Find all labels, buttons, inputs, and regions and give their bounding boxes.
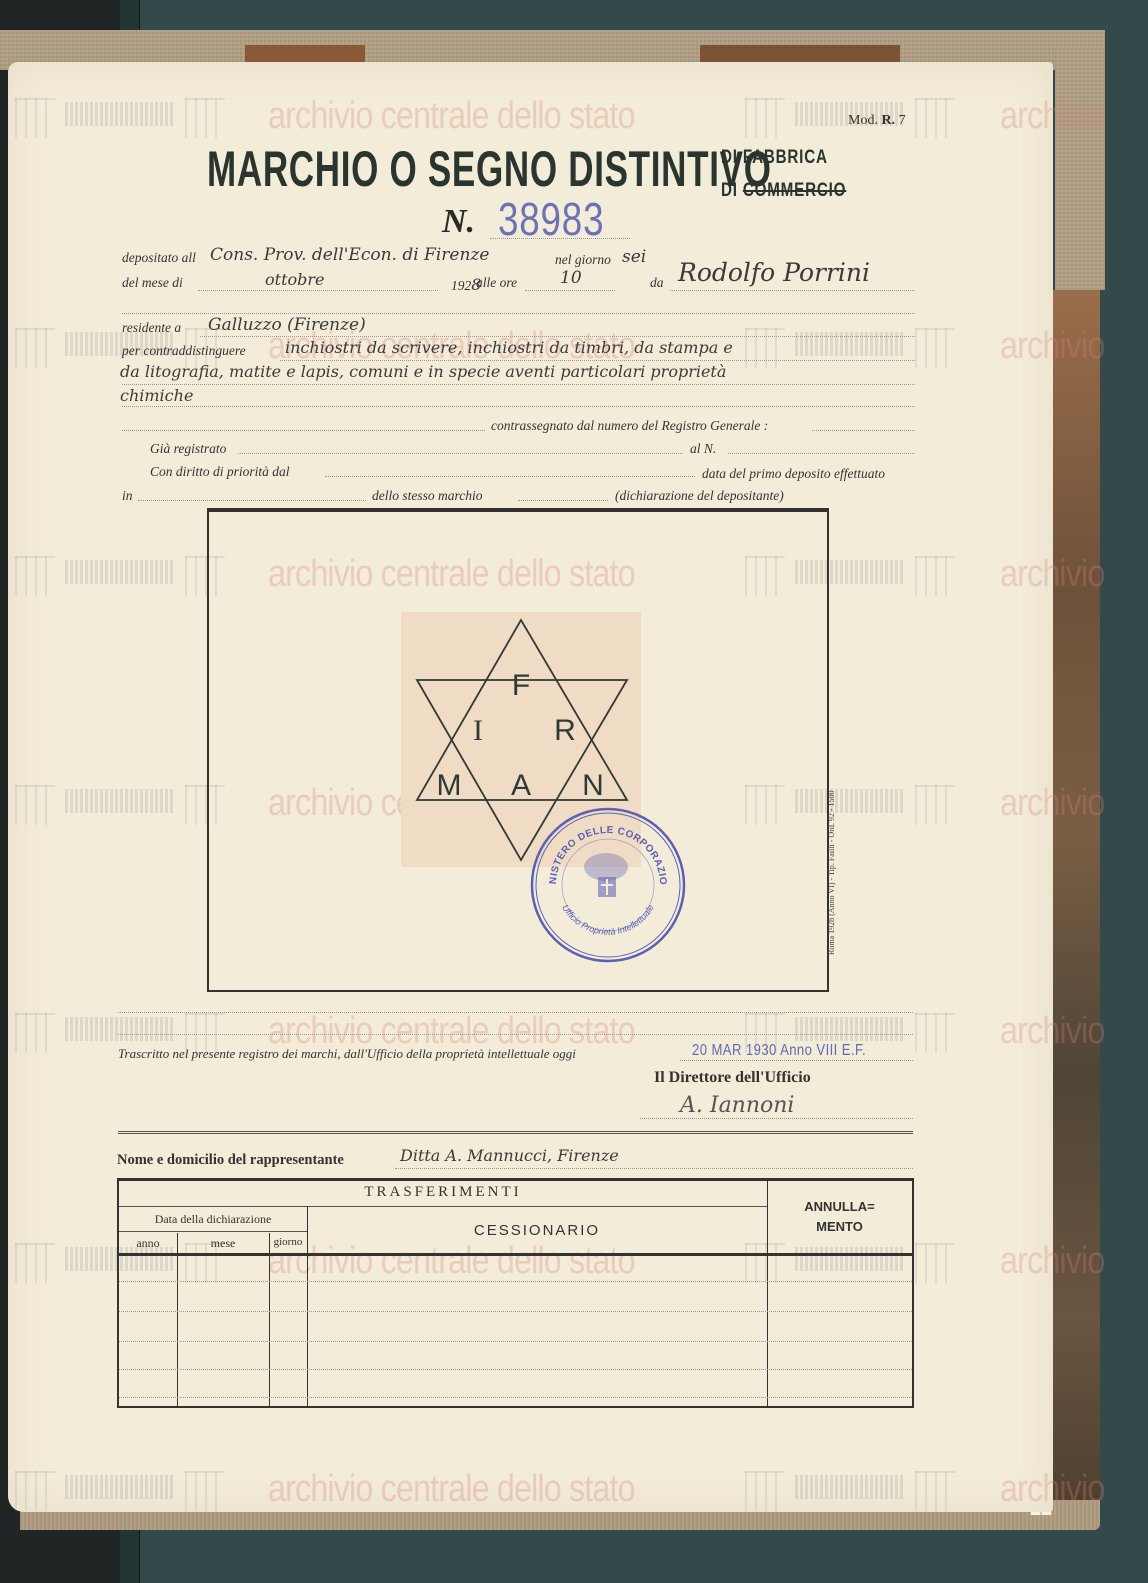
register-line-left	[122, 430, 485, 431]
transcription-label: Trascritto nel presente registro dei mar…	[118, 1046, 576, 1062]
column-header-giorno: giorno	[269, 1236, 307, 1248]
by-label: da	[650, 275, 664, 291]
month-value: ottobre	[265, 270, 324, 289]
watermark-short: archivio	[1000, 95, 1105, 138]
column-header-annullamento-2: MENTO	[767, 1219, 912, 1234]
hour-line	[525, 290, 615, 291]
priority-line	[325, 476, 695, 477]
same-mark-label: dello stesso marchio	[372, 488, 483, 504]
section-divider	[118, 1131, 913, 1134]
register-number-line	[812, 430, 915, 431]
director-signature: A. Iannoni	[680, 1093, 794, 1118]
day-value: sei	[622, 247, 646, 267]
representative-label: Nome e domicilio del rappresentante	[117, 1152, 344, 1169]
watermark-logo-icon	[745, 328, 955, 368]
watermark-short: archivio	[1000, 1468, 1105, 1511]
already-registered-no-line	[728, 453, 915, 454]
deposited-at-value: Cons. Prov. dell'Econ. di Firenze	[210, 245, 489, 265]
watermark-short: archivio	[1000, 553, 1105, 596]
priority-label: Con diritto di priorità dal	[150, 464, 290, 480]
first-deposit-label: data del primo deposito effettuato	[702, 466, 885, 482]
watermark-logo-icon	[15, 785, 225, 825]
day-label: nel giorno	[555, 252, 611, 268]
by-line	[670, 290, 915, 291]
document-subtitle-fabbrica: DI FABBRICA	[721, 147, 828, 169]
watermark-logo-icon	[745, 1471, 955, 1511]
director-label: Il Direttore dell'Ufficio	[654, 1069, 811, 1087]
document-subtitle-commercio: DI COMMERCIO	[721, 180, 846, 202]
month-line	[198, 290, 438, 291]
hour-value: 10	[560, 268, 582, 288]
watermark: archivio centrale dello stato	[268, 1468, 635, 1511]
purpose-line-2-rule	[122, 384, 915, 385]
purpose-label: per contraddistinguere	[122, 343, 246, 359]
register-label: contrassegnato dal numero del Registro G…	[491, 418, 768, 434]
same-mark-line	[518, 500, 608, 501]
trademark-letter: F	[512, 669, 530, 702]
transcription-date-line	[680, 1060, 913, 1061]
column-header-mese: mese	[177, 1236, 269, 1251]
residence-value: Galluzzo (Firenze)	[208, 315, 366, 335]
blank-line	[118, 1012, 913, 1013]
ministry-stamp-icon: MINISTERO DELLE CORPORAZIONI Ufficio Pro…	[528, 805, 688, 965]
purpose-line-2: da litografia, matite e lapis, comuni e …	[120, 362, 726, 381]
in-label: in	[122, 488, 133, 504]
number-label: N.	[442, 203, 475, 241]
month-label: del mese di	[122, 275, 183, 291]
residence-line	[200, 336, 915, 337]
transfers-title: TRASFERIMENTI	[119, 1184, 767, 1201]
declaration-label: (dichiarazione del depositante)	[615, 488, 784, 504]
in-line	[138, 500, 366, 501]
blank-line	[122, 313, 915, 314]
model-code: Mod. R. 7	[848, 113, 906, 129]
signature-line	[640, 1118, 913, 1119]
number-underline	[490, 238, 630, 239]
already-registered-no-label: al N.	[690, 441, 716, 457]
watermark-logo-icon	[15, 1471, 225, 1511]
purpose-line-3-rule	[122, 406, 915, 407]
watermark-short: archivio	[1000, 325, 1105, 368]
svg-text:Ufficio Proprietà Intellettual: Ufficio Proprietà Intellettuale	[560, 903, 656, 937]
transcription-date-stamp: 20 MAR 1930 Anno VIII E.F.	[692, 1042, 866, 1060]
transfers-table: TRASFERIMENTI Data della dichiarazione a…	[117, 1178, 914, 1408]
watermark-short: archivio	[1000, 782, 1105, 825]
representative-line	[395, 1168, 913, 1169]
trademark-letter: R	[554, 714, 576, 747]
watermark-short: archivio	[1000, 1240, 1105, 1283]
column-header-anno: anno	[119, 1236, 177, 1251]
trademark-letter: N	[582, 769, 604, 802]
binding-cloth-right	[1055, 50, 1105, 290]
purpose-line-1-rule	[280, 360, 915, 361]
trademark-letter: I	[473, 714, 483, 747]
already-registered-label: Già registrato	[150, 441, 226, 457]
watermark-logo-icon	[15, 98, 225, 138]
purpose-line-1: inchiostri da scrivere, inchiostri da ti…	[285, 338, 733, 357]
deposited-at-label: depositato all	[122, 250, 196, 266]
watermark: archivio centrale dello stato	[268, 95, 635, 138]
representative-value: Ditta A. Mannucci, Firenze	[400, 1146, 619, 1165]
trademark-letter: A	[511, 769, 531, 802]
already-registered-line	[238, 453, 683, 454]
purpose-line-3: chimiche	[120, 386, 193, 405]
blank-line	[118, 1034, 913, 1035]
trademark-letter: M	[437, 769, 462, 802]
printer-imprint: Roma 1928 (Anno VI) - Tip. Failli - Ord.…	[827, 720, 841, 955]
depositor-name: Rodolfo Porrini	[678, 258, 870, 287]
hour-label: alle ore	[476, 275, 517, 291]
column-header-annullamento-1: ANNULLA=	[767, 1199, 912, 1214]
watermark-logo-icon	[15, 556, 225, 596]
column-header-cessionario: CESSIONARIO	[307, 1222, 767, 1239]
watermark-short: archivio	[1000, 1010, 1105, 1053]
residence-label: residente a	[122, 320, 181, 336]
date-group-header: Data della dichiarazione	[119, 1212, 307, 1227]
document-title: MARCHIO O SEGNO DISTINTIVO	[207, 140, 772, 198]
binding-marble-right	[1045, 290, 1100, 1500]
